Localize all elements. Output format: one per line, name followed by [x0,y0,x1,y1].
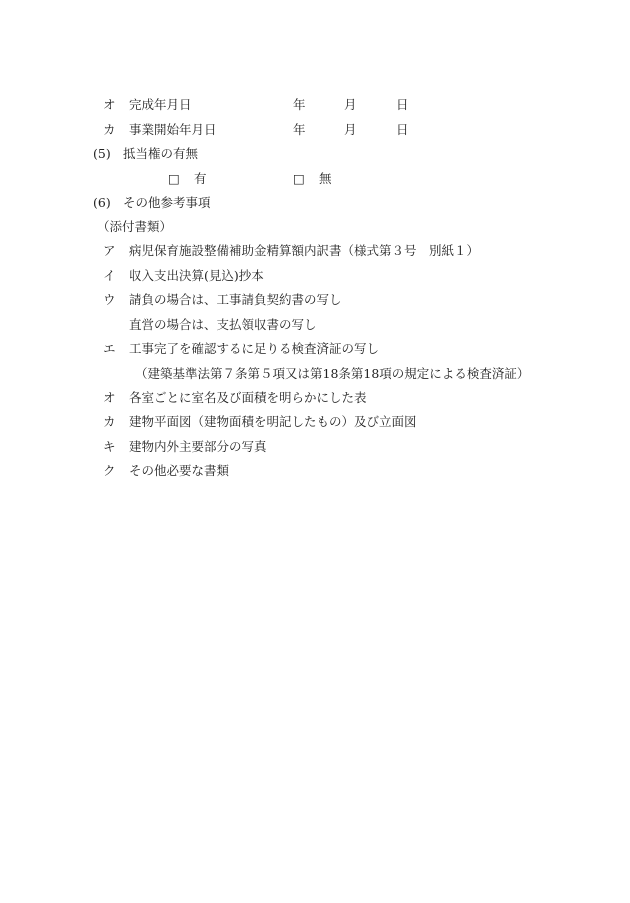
attachment-item: 直営の場合は、支払領収書の写し [129,317,317,333]
item-marker: ア [103,243,116,259]
item-marker: ク [103,463,116,479]
section-number: (6) [93,195,111,211]
attachment-item: 建物平面図（建物面積を明記したもの）及び立面図 [129,414,417,430]
item-marker: キ [103,439,116,455]
attachment-item: 各室ごとに室名及び面積を明らかにした表 [129,390,367,406]
attachment-item: 工事完了を確認するに足りる検査済証の写し [129,341,379,357]
section-number: (5) [93,146,111,162]
completion-date-label: 完成年月日 [129,97,192,113]
day-label: 日 [396,97,409,113]
month-label: 月 [344,122,357,138]
other-heading: その他参考事項 [123,195,211,211]
start-date-label: 事業開始年月日 [129,122,217,138]
attachment-item: 建物内外主要部分の写真 [129,439,267,455]
item-marker: ウ [103,292,116,308]
day-label: 日 [396,122,409,138]
mortgage-heading: 抵当権の有無 [123,146,198,162]
option-yes-label: 有 [194,171,207,187]
attachment-item: 病児保育施設整備補助金精算額内訳書（様式第３号 別紙１） [129,243,479,259]
item-marker: オ [103,390,116,406]
item-marker: カ [103,414,116,430]
attachments-subheading: （添付書類） [97,219,172,235]
attachment-item: 収入支出決算(見込)抄本 [129,268,264,284]
month-label: 月 [344,97,357,113]
option-no-label: 無 [319,171,332,187]
attachment-item: 請負の場合は、工事請負契約書の写し [129,292,342,308]
year-label: 年 [293,122,306,138]
item-marker: エ [103,341,116,357]
item-marker: カ [103,122,116,138]
item-marker: オ [103,97,116,113]
checkbox-no[interactable]: □ [293,171,305,187]
year-label: 年 [293,97,306,113]
attachment-item: その他必要な書類 [129,463,229,479]
checkbox-yes[interactable]: □ [168,171,180,187]
attachment-note: （建築基準法第７条第５項又は第18条第18項の規定による検査済証） [135,366,529,382]
item-marker: イ [103,268,116,284]
